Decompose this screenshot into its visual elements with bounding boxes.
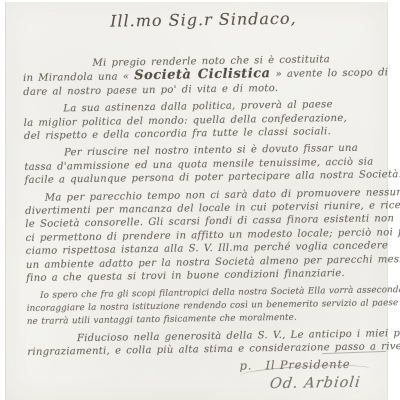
society-name: Società Ciclistica [134,67,271,84]
letter-line-pre: in Mirandola una « [23,72,134,85]
letter-salutation: Ill.mo Sig.r Sindaco, [110,6,374,32]
president-signature: Od. Arbioli [269,375,381,393]
letter-body: Ill.mo Sig.r Sindaco, Mi pregio renderle… [22,6,380,396]
letter-line-post: » avente lo scopo di [270,68,388,81]
